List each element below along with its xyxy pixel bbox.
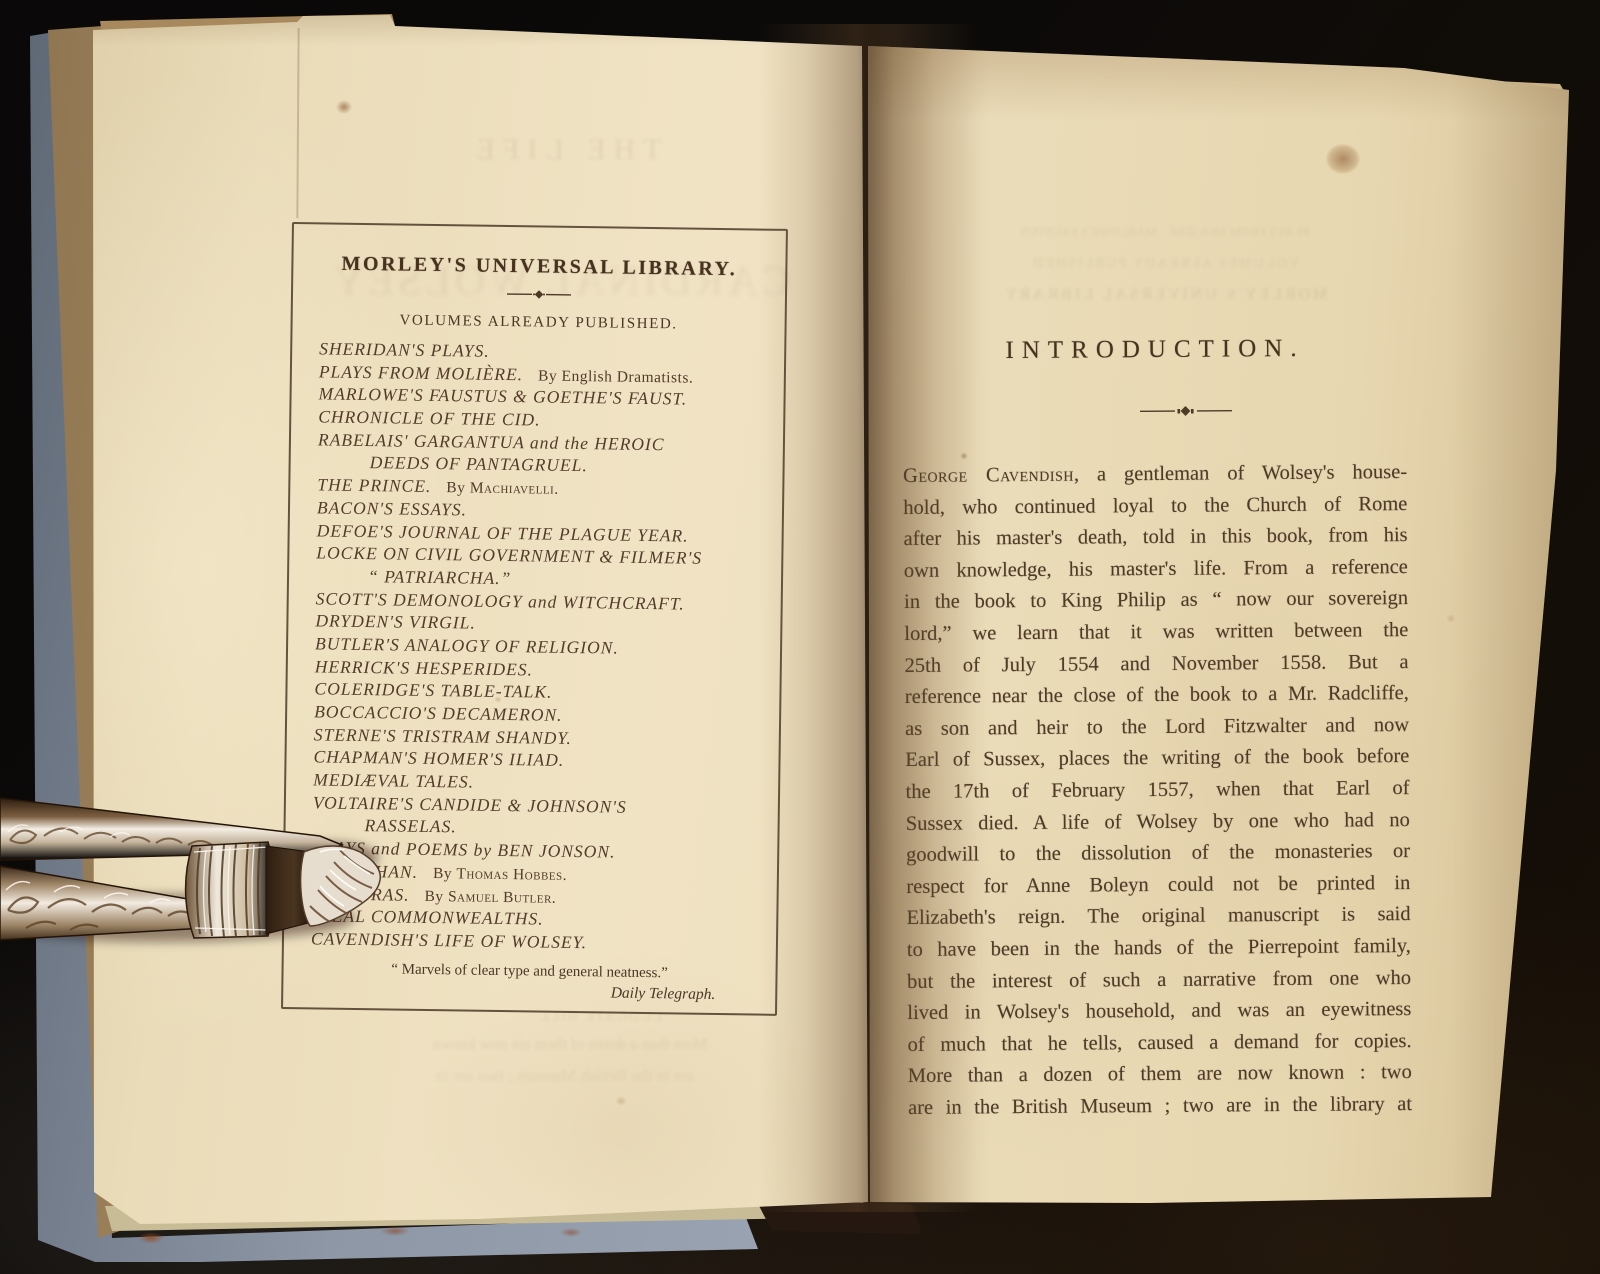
foxing-spot [336,100,352,114]
photograph-open-antique-book: THE LIFE CARDINAL WOLSEY LUDGATE HILL Mo… [0,0,1600,1274]
review-source: Daily Telegraph. [283,980,715,1004]
show-through-text: are in the British Museum ; two are in [350,1066,780,1086]
chapter-ornament [1140,404,1232,423]
show-through-text: MORLEY'S UNIVERSAL LIBRARY [940,286,1390,304]
ornament-rule-icon [1140,405,1232,418]
paragraph-line: Earl of Sussex, places the writing of th… [905,741,1409,777]
show-through-text: More than a dozen of them are now known [360,1036,780,1054]
paragraph-line: Sussex died. A life of Wolsey by one who… [906,805,1410,841]
show-through-text: THE LIFE [400,133,730,167]
paragraph-line: of much that he tells, caused a demand f… [907,1026,1411,1062]
paragraph-line: the 17th of February 1557, when that Ear… [905,773,1409,809]
paragraph-line: own knowledge, his master's life. From a… [904,552,1408,588]
rust-stain [560,1228,582,1237]
paragraph-line: lord,” we learn that it was written betw… [904,615,1408,651]
show-through-text: PLAYS FROM MOLIÈRE · MARLOWE'S FAUSTUS [930,224,1400,240]
show-through-text: VOLUMES ALREADY PUBLISHED [960,256,1370,272]
header-ornament [293,284,785,309]
paragraph-line: but the interest of such a narrative fro… [907,963,1411,999]
ad-box-title: MORLEY'S UNIVERSAL LIBRARY. [293,252,785,282]
page-crease [296,28,299,218]
chapter-heading: INTRODUCTION. [903,334,1407,366]
paragraph-line: to have been in the hands of the Pierrep… [907,931,1411,967]
paragraph-line: lived in Wolsey's household, and was an … [907,994,1411,1030]
foxing-spot [1446,614,1456,623]
rust-stain [380,1226,410,1236]
paragraph-line: are in the British Museum ; two are in t… [908,1089,1412,1125]
ornament-rule-icon [507,288,571,301]
introduction-paragraph: George Cavendish, a gentleman of Wolsey'… [903,457,1412,1124]
paragraph-line: More than a dozen of them are now known … [908,1057,1412,1093]
foxing-spot [1464,30,1476,40]
rust-stain [138,1232,164,1244]
ad-box-subheader: VOLUMES ALREADY PUBLISHED. [293,311,785,335]
foxing-spot [615,1096,627,1106]
page-holder-clip [0,740,420,955]
foxing-spot [1326,144,1360,174]
foxing-spot [960,452,968,460]
paragraph-line: after his master's death, told in this b… [903,520,1407,556]
clip-bottom-prong [0,866,205,940]
paragraph-line: in the book to King Philip as “ now our … [904,583,1408,619]
paragraph-line: 25th of July 1554 and November 1558. But… [904,647,1408,683]
paragraph-line: goodwill to the dissolution of the monas… [906,836,1410,872]
paragraph-line: George Cavendish, a gentleman of Wolsey'… [903,457,1407,493]
paragraph-line: reference near the close of the book to … [905,678,1409,714]
paragraph-line: respect for Anne Boleyn could not be pri… [906,868,1410,904]
paragraph-line: hold, who continued loyal to the Church … [903,489,1407,525]
paragraph-line: as son and heir to the Lord Fitzwalter a… [905,710,1409,746]
paragraph-line: Elizabeth's reign. The original manuscri… [906,899,1410,935]
